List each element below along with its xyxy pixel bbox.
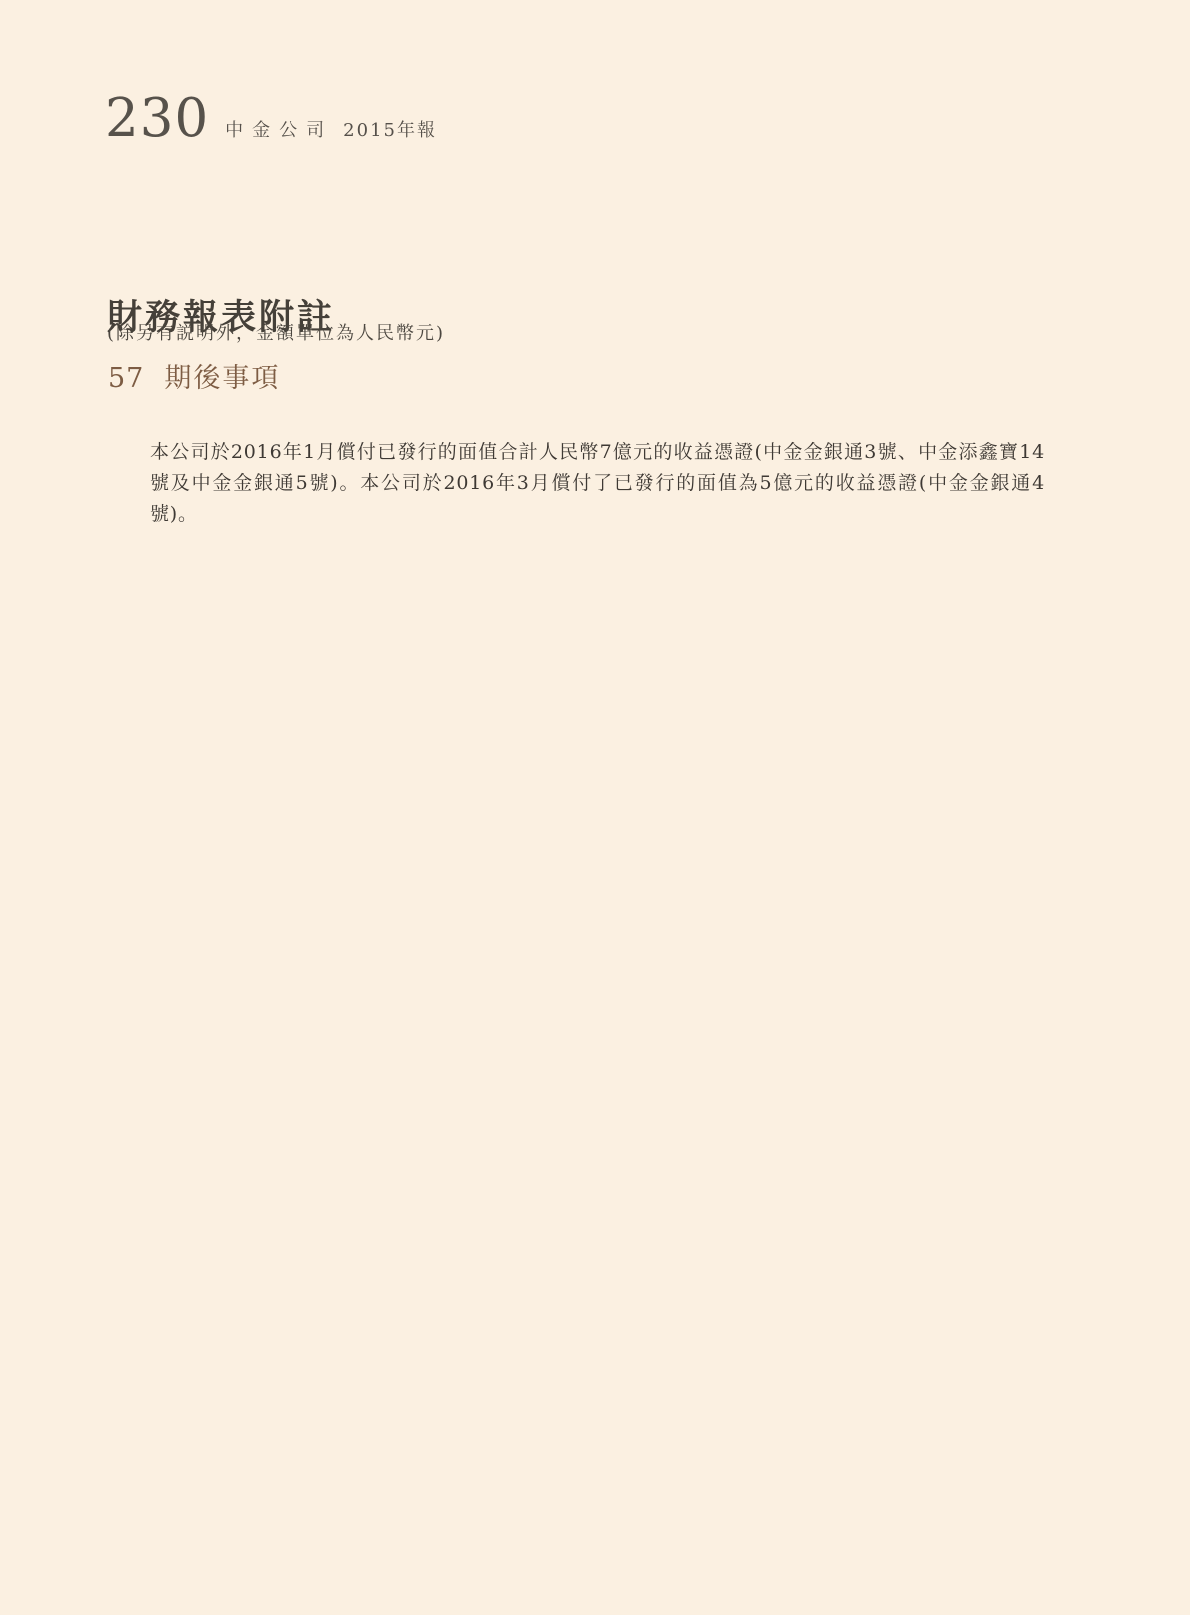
section-body-paragraph: 本公司於2016年1月償付已發行的面值合計人民幣7億元的收益憑證(中金金銀通3號…: [150, 437, 1045, 530]
running-title: 中金公司 2015年報: [225, 116, 437, 142]
section-heading: 57 期後事項: [108, 363, 280, 395]
section-number: 57: [108, 363, 144, 395]
section-title: 期後事項: [164, 363, 280, 395]
company-name: 中金公司: [225, 116, 333, 142]
report-year: 2015年報: [343, 116, 437, 142]
document-subtitle: (除另有説明外，金額單位為人民幣元): [107, 321, 445, 346]
report-page: 230 中金公司 2015年報 財務報表附註 (除另有説明外，金額單位為人民幣元…: [0, 0, 1190, 1615]
page-header: 230 中金公司 2015年報: [105, 92, 437, 145]
page-number: 230: [105, 92, 209, 145]
